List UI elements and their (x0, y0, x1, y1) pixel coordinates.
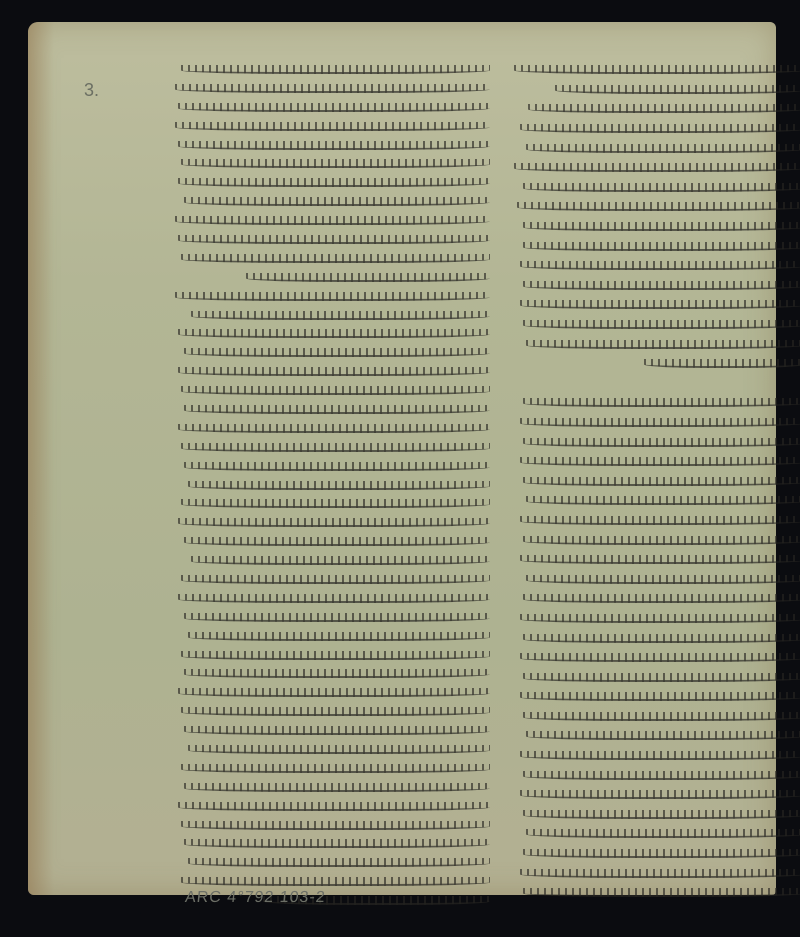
ink-stroke (526, 340, 800, 349)
ink-stroke (520, 869, 800, 878)
ink-stroke (520, 261, 800, 270)
ink-stroke (523, 222, 800, 231)
handwritten-line (504, 413, 800, 433)
ink-stroke (523, 810, 800, 819)
handwritten-line (504, 844, 800, 864)
handwritten-line (160, 608, 490, 627)
handwritten-line (504, 628, 800, 648)
handwritten-line (504, 589, 800, 609)
handwritten-line (160, 287, 490, 306)
manuscript-page: 3. (28, 22, 776, 895)
handwritten-line (504, 217, 800, 237)
handwritten-line (160, 778, 490, 797)
handwritten-line (504, 197, 800, 217)
handwritten-line (504, 354, 800, 374)
handwritten-line (160, 816, 490, 835)
ink-stroke (520, 555, 800, 564)
ink-stroke (520, 124, 800, 133)
ink-stroke (181, 443, 490, 452)
ink-stroke (191, 556, 490, 565)
ink-stroke (184, 537, 490, 546)
ink-stroke (523, 771, 800, 780)
handwritten-line (160, 683, 490, 702)
handwritten-line (504, 452, 800, 472)
ink-stroke (523, 888, 800, 897)
handwritten-line (504, 511, 800, 531)
handwritten-line (160, 230, 490, 249)
ink-stroke (520, 516, 800, 525)
ink-stroke (520, 692, 800, 701)
handwritten-line (160, 154, 490, 173)
handwritten-line (160, 192, 490, 211)
right-text-column (504, 60, 800, 903)
handwritten-line (160, 665, 490, 684)
ink-stroke (184, 405, 490, 414)
handwritten-line (160, 400, 490, 419)
handwritten-line (504, 276, 800, 296)
ink-stroke (178, 141, 490, 150)
handwritten-line (504, 138, 800, 158)
ink-stroke (523, 594, 800, 603)
handwritten-line (504, 334, 800, 354)
ink-stroke (184, 462, 490, 471)
handwritten-line (160, 494, 490, 513)
handwritten-line (504, 256, 800, 276)
ink-stroke (520, 418, 800, 427)
folio-number: 3. (84, 80, 99, 101)
ink-stroke (184, 197, 490, 206)
handwritten-line (504, 80, 800, 100)
ink-stroke (555, 85, 800, 94)
ink-stroke (181, 254, 490, 263)
handwritten-line (160, 249, 490, 268)
ink-stroke (246, 273, 490, 282)
ink-stroke (526, 144, 800, 153)
handwritten-line (160, 457, 490, 476)
ink-stroke (526, 575, 800, 584)
ink-stroke (514, 65, 800, 74)
ink-stroke (184, 613, 490, 622)
handwritten-line (504, 824, 800, 844)
ink-stroke (520, 457, 800, 466)
ink-stroke (526, 731, 800, 740)
handwritten-line (504, 648, 800, 668)
handwritten-line (160, 79, 490, 98)
handwritten-line (504, 863, 800, 883)
ink-stroke (523, 183, 800, 192)
handwritten-line (160, 60, 490, 79)
handwritten-line (504, 569, 800, 589)
handwritten-line (504, 687, 800, 707)
ink-stroke (184, 348, 490, 357)
handwritten-line (160, 438, 490, 457)
handwritten-line (504, 746, 800, 766)
handwritten-line (160, 136, 490, 155)
ink-stroke (526, 829, 800, 838)
ink-stroke (523, 536, 800, 545)
handwritten-line (160, 306, 490, 325)
ink-stroke (520, 751, 800, 760)
handwritten-line (160, 627, 490, 646)
handwritten-line (160, 211, 490, 230)
handwritten-line (504, 178, 800, 198)
ink-stroke (191, 311, 490, 320)
ink-stroke (184, 726, 490, 735)
ink-stroke (178, 235, 490, 244)
handwritten-line (160, 362, 490, 381)
handwritten-line (160, 759, 490, 778)
handwritten-line (160, 324, 490, 343)
handwritten-line (504, 295, 800, 315)
ink-stroke (644, 359, 800, 368)
ink-stroke (181, 386, 490, 395)
ink-stroke (181, 499, 490, 508)
handwritten-line (504, 374, 800, 394)
ink-stroke (520, 614, 800, 623)
ink-stroke (181, 65, 490, 74)
handwritten-line (160, 419, 490, 438)
ink-stroke (181, 764, 490, 773)
ink-stroke (520, 300, 800, 309)
paper-tear (140, 906, 200, 922)
handwritten-line (504, 667, 800, 687)
ink-stroke (188, 858, 490, 867)
ink-stroke (181, 575, 490, 584)
ink-stroke (523, 438, 800, 447)
ink-stroke (175, 84, 490, 93)
ink-stroke (178, 424, 490, 433)
handwritten-line (504, 158, 800, 178)
ink-stroke (178, 802, 490, 811)
handwritten-line (504, 393, 800, 413)
ink-stroke (523, 849, 800, 858)
ink-stroke (178, 178, 490, 187)
ink-stroke (520, 653, 800, 662)
ink-stroke (181, 651, 490, 660)
handwritten-line (504, 60, 800, 80)
handwritten-line (504, 883, 800, 903)
ink-stroke (517, 202, 800, 211)
handwritten-line (504, 707, 800, 727)
handwritten-line (160, 721, 490, 740)
handwritten-line (160, 476, 490, 495)
left-text-column (160, 60, 490, 910)
ink-stroke (188, 481, 490, 490)
handwritten-line (160, 551, 490, 570)
ink-stroke (178, 594, 490, 603)
handwritten-line (160, 702, 490, 721)
ink-stroke (178, 103, 490, 112)
handwritten-line (504, 236, 800, 256)
ink-stroke (181, 159, 490, 168)
ink-stroke (178, 367, 490, 376)
ink-stroke (181, 707, 490, 716)
ink-stroke (523, 398, 800, 407)
handwritten-line (504, 765, 800, 785)
handwritten-line (160, 589, 490, 608)
handwritten-line (160, 173, 490, 192)
handwritten-line (160, 740, 490, 759)
ink-stroke (528, 104, 800, 113)
handwritten-line (160, 835, 490, 854)
ink-stroke (178, 329, 490, 338)
handwritten-line (160, 513, 490, 532)
handwritten-line (504, 432, 800, 452)
ink-stroke (175, 122, 490, 131)
handwritten-line (504, 726, 800, 746)
ink-stroke (178, 518, 490, 527)
handwritten-line (504, 315, 800, 335)
handwritten-line (504, 530, 800, 550)
handwritten-line (504, 550, 800, 570)
handwritten-line (160, 98, 490, 117)
ink-stroke (181, 877, 490, 886)
handwritten-line (160, 343, 490, 362)
ink-stroke (188, 632, 490, 641)
ink-stroke (175, 216, 490, 225)
ink-stroke (523, 634, 800, 643)
ink-stroke (523, 673, 800, 682)
handwritten-line (160, 532, 490, 551)
handwritten-line (504, 609, 800, 629)
handwritten-line (504, 471, 800, 491)
handwritten-line (504, 491, 800, 511)
ink-stroke (520, 790, 800, 799)
handwritten-line (160, 853, 490, 872)
ink-stroke (514, 163, 800, 172)
ink-stroke (523, 477, 800, 486)
ink-stroke (175, 292, 490, 301)
handwritten-line (504, 785, 800, 805)
handwritten-line (160, 268, 490, 287)
ink-stroke (523, 281, 800, 290)
ink-stroke (178, 688, 490, 697)
handwritten-line (160, 797, 490, 816)
handwritten-line (504, 805, 800, 825)
ink-stroke (184, 839, 490, 848)
ink-stroke (523, 242, 800, 251)
ink-stroke (523, 320, 800, 329)
archive-shelfmark: ARC 4°792 103-2 (184, 889, 326, 907)
handwritten-line (160, 117, 490, 136)
ink-stroke (188, 745, 490, 754)
handwritten-line (504, 119, 800, 139)
handwritten-line (160, 570, 490, 589)
ink-stroke (184, 783, 490, 792)
ink-stroke (523, 712, 800, 721)
ink-stroke (526, 496, 800, 505)
ink-stroke (184, 669, 490, 678)
handwritten-line (160, 381, 490, 400)
ink-stroke (181, 821, 490, 830)
handwritten-line (160, 646, 490, 665)
handwritten-line (504, 99, 800, 119)
